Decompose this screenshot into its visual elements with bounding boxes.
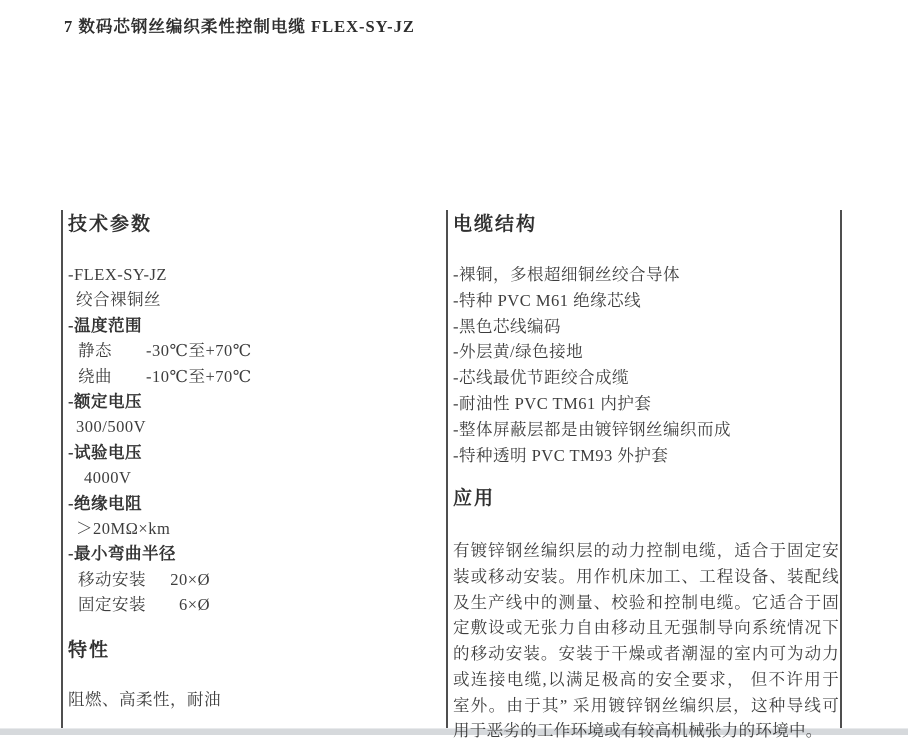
features-text: 阻燃、高柔性，耐油 — [68, 687, 430, 712]
application-line: 的移动安装。安装于干燥或者潮湿的室内可为动力 — [453, 641, 839, 667]
structure-item: -外层黄/绿色接地 — [453, 339, 839, 365]
spec-temp-flex-value: -10℃至+70℃ — [146, 367, 252, 386]
structure-item: -耐油性 PVC TM61 内护套 — [453, 391, 839, 417]
application-line: 室外。由于其” 采用镀锌钢丝编织层，这种导线可 — [453, 693, 839, 719]
middle-column-rule — [446, 210, 448, 729]
left-column-rule — [61, 210, 63, 729]
structure-item: -裸铜，多根超细铜丝绞合导体 — [453, 262, 839, 288]
spec-rated-voltage-value: 300/500V — [68, 414, 430, 439]
spec-insulation-value: ＞20MΩ×km — [68, 516, 430, 541]
spec-bend-fixed: 固定安装6×Ø — [68, 592, 430, 617]
application-line: 有镀锌钢丝编织层的动力控制电缆，适合于固定安 — [453, 538, 839, 564]
cable-structure-section: 电缆结构 -裸铜，多根超细铜丝绞合导体 -特种 PVC M61 绝缘芯线 -黑色… — [453, 210, 839, 738]
right-column-rule — [840, 210, 842, 729]
spec-temp-static: 静态-30℃至+70℃ — [68, 338, 430, 363]
structure-item: -特种 PVC M61 绝缘芯线 — [453, 288, 839, 314]
application-header: 应用 — [453, 486, 839, 512]
spec-model: -FLEX-SY-JZ — [68, 262, 430, 287]
structure-item: -整体屏蔽层都是由镀锌钢丝编织而成 — [453, 417, 839, 443]
structure-item: -黑色芯线编码 — [453, 314, 839, 340]
structure-item: -芯线最优节距绞合成缆 — [453, 365, 839, 391]
application-line: 装或移动安装。用作机床加工、工程设备、装配线 — [453, 564, 839, 590]
tech-params-section: 技术参数 -FLEX-SY-JZ 绞合裸铜丝 -温度范围 静态-30℃至+70℃… — [68, 210, 430, 712]
spec-rated-voltage-header: -额定电压 — [68, 389, 430, 414]
spec-model-sub: 绞合裸铜丝 — [68, 287, 430, 312]
structure-item: -特种透明 PVC TM93 外护套 — [453, 443, 839, 469]
spec-test-voltage-value: 4000V — [68, 465, 430, 490]
application-line: 定敷设或无张力自由移动且无强制导向系统情况下 — [453, 615, 839, 641]
spec-bend-fixed-value: 6×Ø — [164, 592, 210, 617]
spec-bend-mobile-label: 移动安装 — [78, 567, 164, 592]
page-title: 7 数码芯钢丝编织柔性控制电缆 FLEX-SY-JZ — [64, 13, 415, 37]
application-line: 及生产线中的测量、校验和控制电缆。它适合于固 — [453, 590, 839, 616]
application-line: 用于恶劣的工作环境或有较高机械张力的环境中。 — [453, 718, 839, 738]
spec-temp-flex: 绕曲-10℃至+70℃ — [68, 364, 430, 389]
spec-bend-mobile: 移动安装20×Ø — [68, 567, 430, 592]
features-header: 特性 — [68, 638, 430, 664]
spec-bend-radius-header: -最小弯曲半径 — [68, 541, 430, 566]
spec-temp-static-label: 静态 — [78, 338, 146, 363]
application-paragraph: 有镀锌钢丝编织层的动力控制电缆，适合于固定安 装或移动安装。用作机床加工、工程设… — [453, 538, 839, 738]
spec-bend-fixed-label: 固定安装 — [78, 592, 164, 617]
spec-bend-mobile-value: 20×Ø — [164, 567, 210, 592]
application-line: 或连接电缆,以满足极高的安全要求， 但不许用于 — [453, 667, 839, 693]
spec-insulation-header: -绝缘电阻 — [68, 491, 430, 516]
spec-temp-static-value: -30℃至+70℃ — [146, 341, 252, 360]
document-page: 7 数码芯钢丝编织柔性控制电缆 FLEX-SY-JZ 技术参数 -FLEX-SY… — [0, 0, 908, 738]
spec-temp-range-header: -温度范围 — [68, 313, 430, 338]
spec-test-voltage-header: -试验电压 — [68, 440, 430, 465]
tech-params-header: 技术参数 — [68, 212, 430, 238]
cable-structure-header: 电缆结构 — [453, 212, 839, 238]
spec-temp-flex-label: 绕曲 — [78, 364, 146, 389]
